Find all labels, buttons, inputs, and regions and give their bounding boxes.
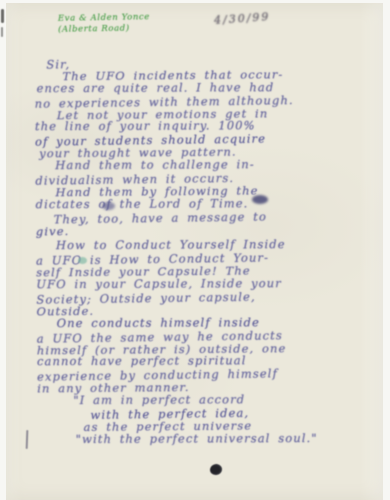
ink-smudge — [252, 195, 268, 204]
collection-note-line1: Eva & Alden Yonce — [58, 12, 150, 25]
letter-paper: Eva & Alden Yonce (Alberta Road) 4/30/99… — [6, 3, 383, 500]
letter-line: One conducts himself inside — [35, 315, 366, 329]
letter-body: Sir,The UFO incidents that occur-ences a… — [32, 54, 366, 447]
letter-line: ences are quite real. I have had — [33, 80, 364, 94]
green-smudge-mark — [78, 257, 87, 264]
pen-stroke-mark — [26, 430, 29, 449]
letter-date: 4/30/99 — [214, 10, 271, 27]
scanned-letter: Eva & Alden Yonce (Alberta Road) 4/30/99… — [0, 0, 390, 500]
ink-smudge — [102, 202, 115, 210]
letter-line: "with the perfect universal soul." — [36, 431, 367, 445]
letter-line: dictates of the Lord of Time. — [34, 196, 365, 210]
scan-edge-mark — [1, 9, 4, 23]
collection-note-line2: (Alberta Road) — [58, 23, 150, 36]
ink-blot-mark — [210, 464, 222, 475]
scan-edge-mark — [1, 27, 3, 37]
collection-note: Eva & Alden Yonce (Alberta Road) — [58, 12, 150, 36]
